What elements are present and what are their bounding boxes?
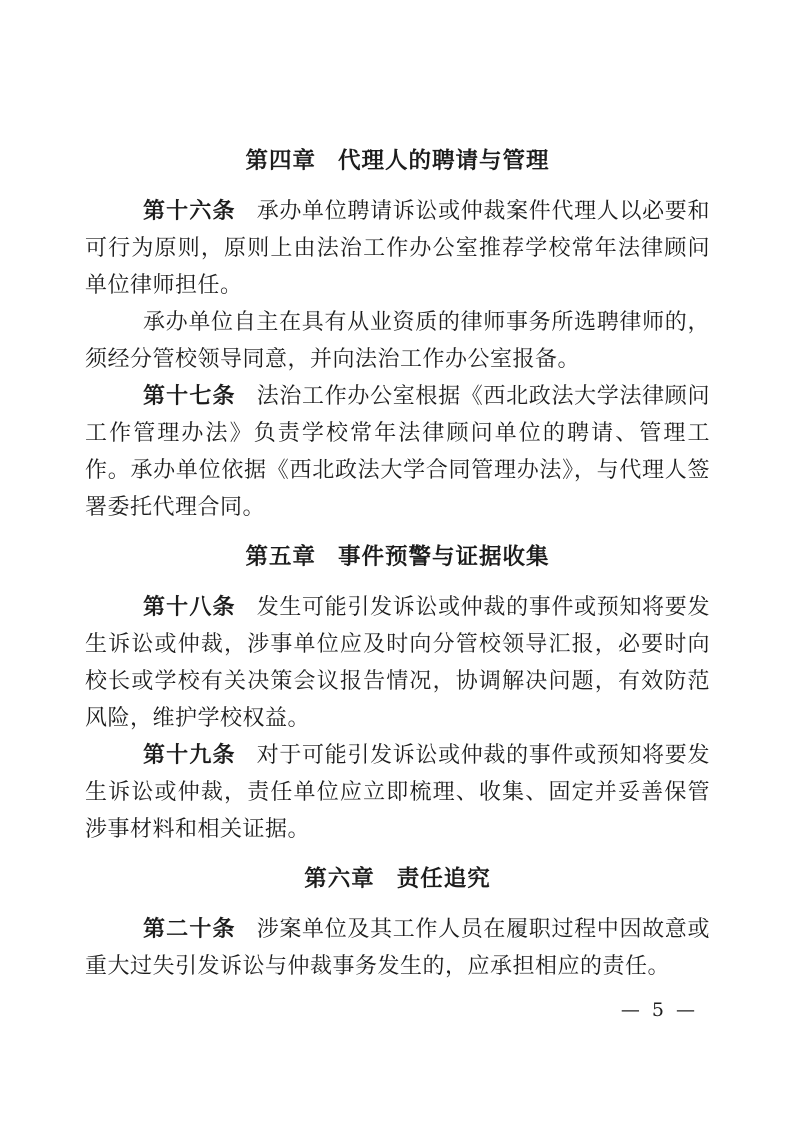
- article-20-paragraph: 第二十条涉案单位及其工作人员在履职过程中因故意或重大过失引发诉讼与仲裁事务发生的…: [85, 911, 710, 985]
- chapter-6-title: 责任追究: [397, 866, 491, 892]
- chapter-4-number: 第四章: [245, 148, 316, 174]
- article-19-paragraph: 第十九条对于可能引发诉讼或仲裁的事件或预知将要发生诉讼或仲裁，责任单位应立即梳理…: [85, 737, 710, 848]
- article-16-paragraph: 第十六条承办单位聘请诉讼或仲裁案件代理人以必要和可行为原则，原则上由法治工作办公…: [85, 193, 710, 304]
- article-18-paragraph: 第十八条发生可能引发诉讼或仲裁的事件或预知将要发生诉讼或仲裁，涉事单位应及时向分…: [85, 589, 710, 737]
- chapter-heading-4: 第四章代理人的聘请与管理: [85, 143, 710, 180]
- article-18-label: 第十八条: [143, 595, 236, 620]
- article-16-label: 第十六条: [143, 199, 236, 224]
- chapter-4-title: 代理人的聘请与管理: [338, 148, 550, 174]
- chapter-5-title: 事件预警与证据收集: [338, 544, 550, 570]
- document-page: 第四章代理人的聘请与管理 第十六条承办单位聘请诉讼或仲裁案件代理人以必要和可行为…: [0, 0, 793, 1122]
- chapter-6-number: 第六章: [304, 866, 375, 892]
- chapter-heading-6: 第六章责任追究: [85, 861, 710, 898]
- article-16-paragraph-2-text: 承办单位自主在具有从业资质的律师事务所选聘律师的，须经分管校领导同意，并向法治工…: [85, 310, 710, 372]
- article-20-label: 第二十条: [143, 917, 236, 942]
- article-16-paragraph-2: 承办单位自主在具有从业资质的律师事务所选聘律师的，须经分管校领导同意，并向法治工…: [85, 304, 710, 378]
- document-content: 第四章代理人的聘请与管理 第十六条承办单位聘请诉讼或仲裁案件代理人以必要和可行为…: [85, 130, 710, 985]
- article-17-paragraph: 第十七条法治工作办公室根据《西北政法大学法律顾问工作管理办法》负责学校常年法律顾…: [85, 378, 710, 526]
- page-number: — 5 —: [621, 999, 698, 1021]
- article-17-label: 第十七条: [143, 384, 236, 409]
- chapter-5-number: 第五章: [245, 544, 316, 570]
- article-19-label: 第十九条: [143, 743, 236, 768]
- chapter-heading-5: 第五章事件预警与证据收集: [85, 539, 710, 576]
